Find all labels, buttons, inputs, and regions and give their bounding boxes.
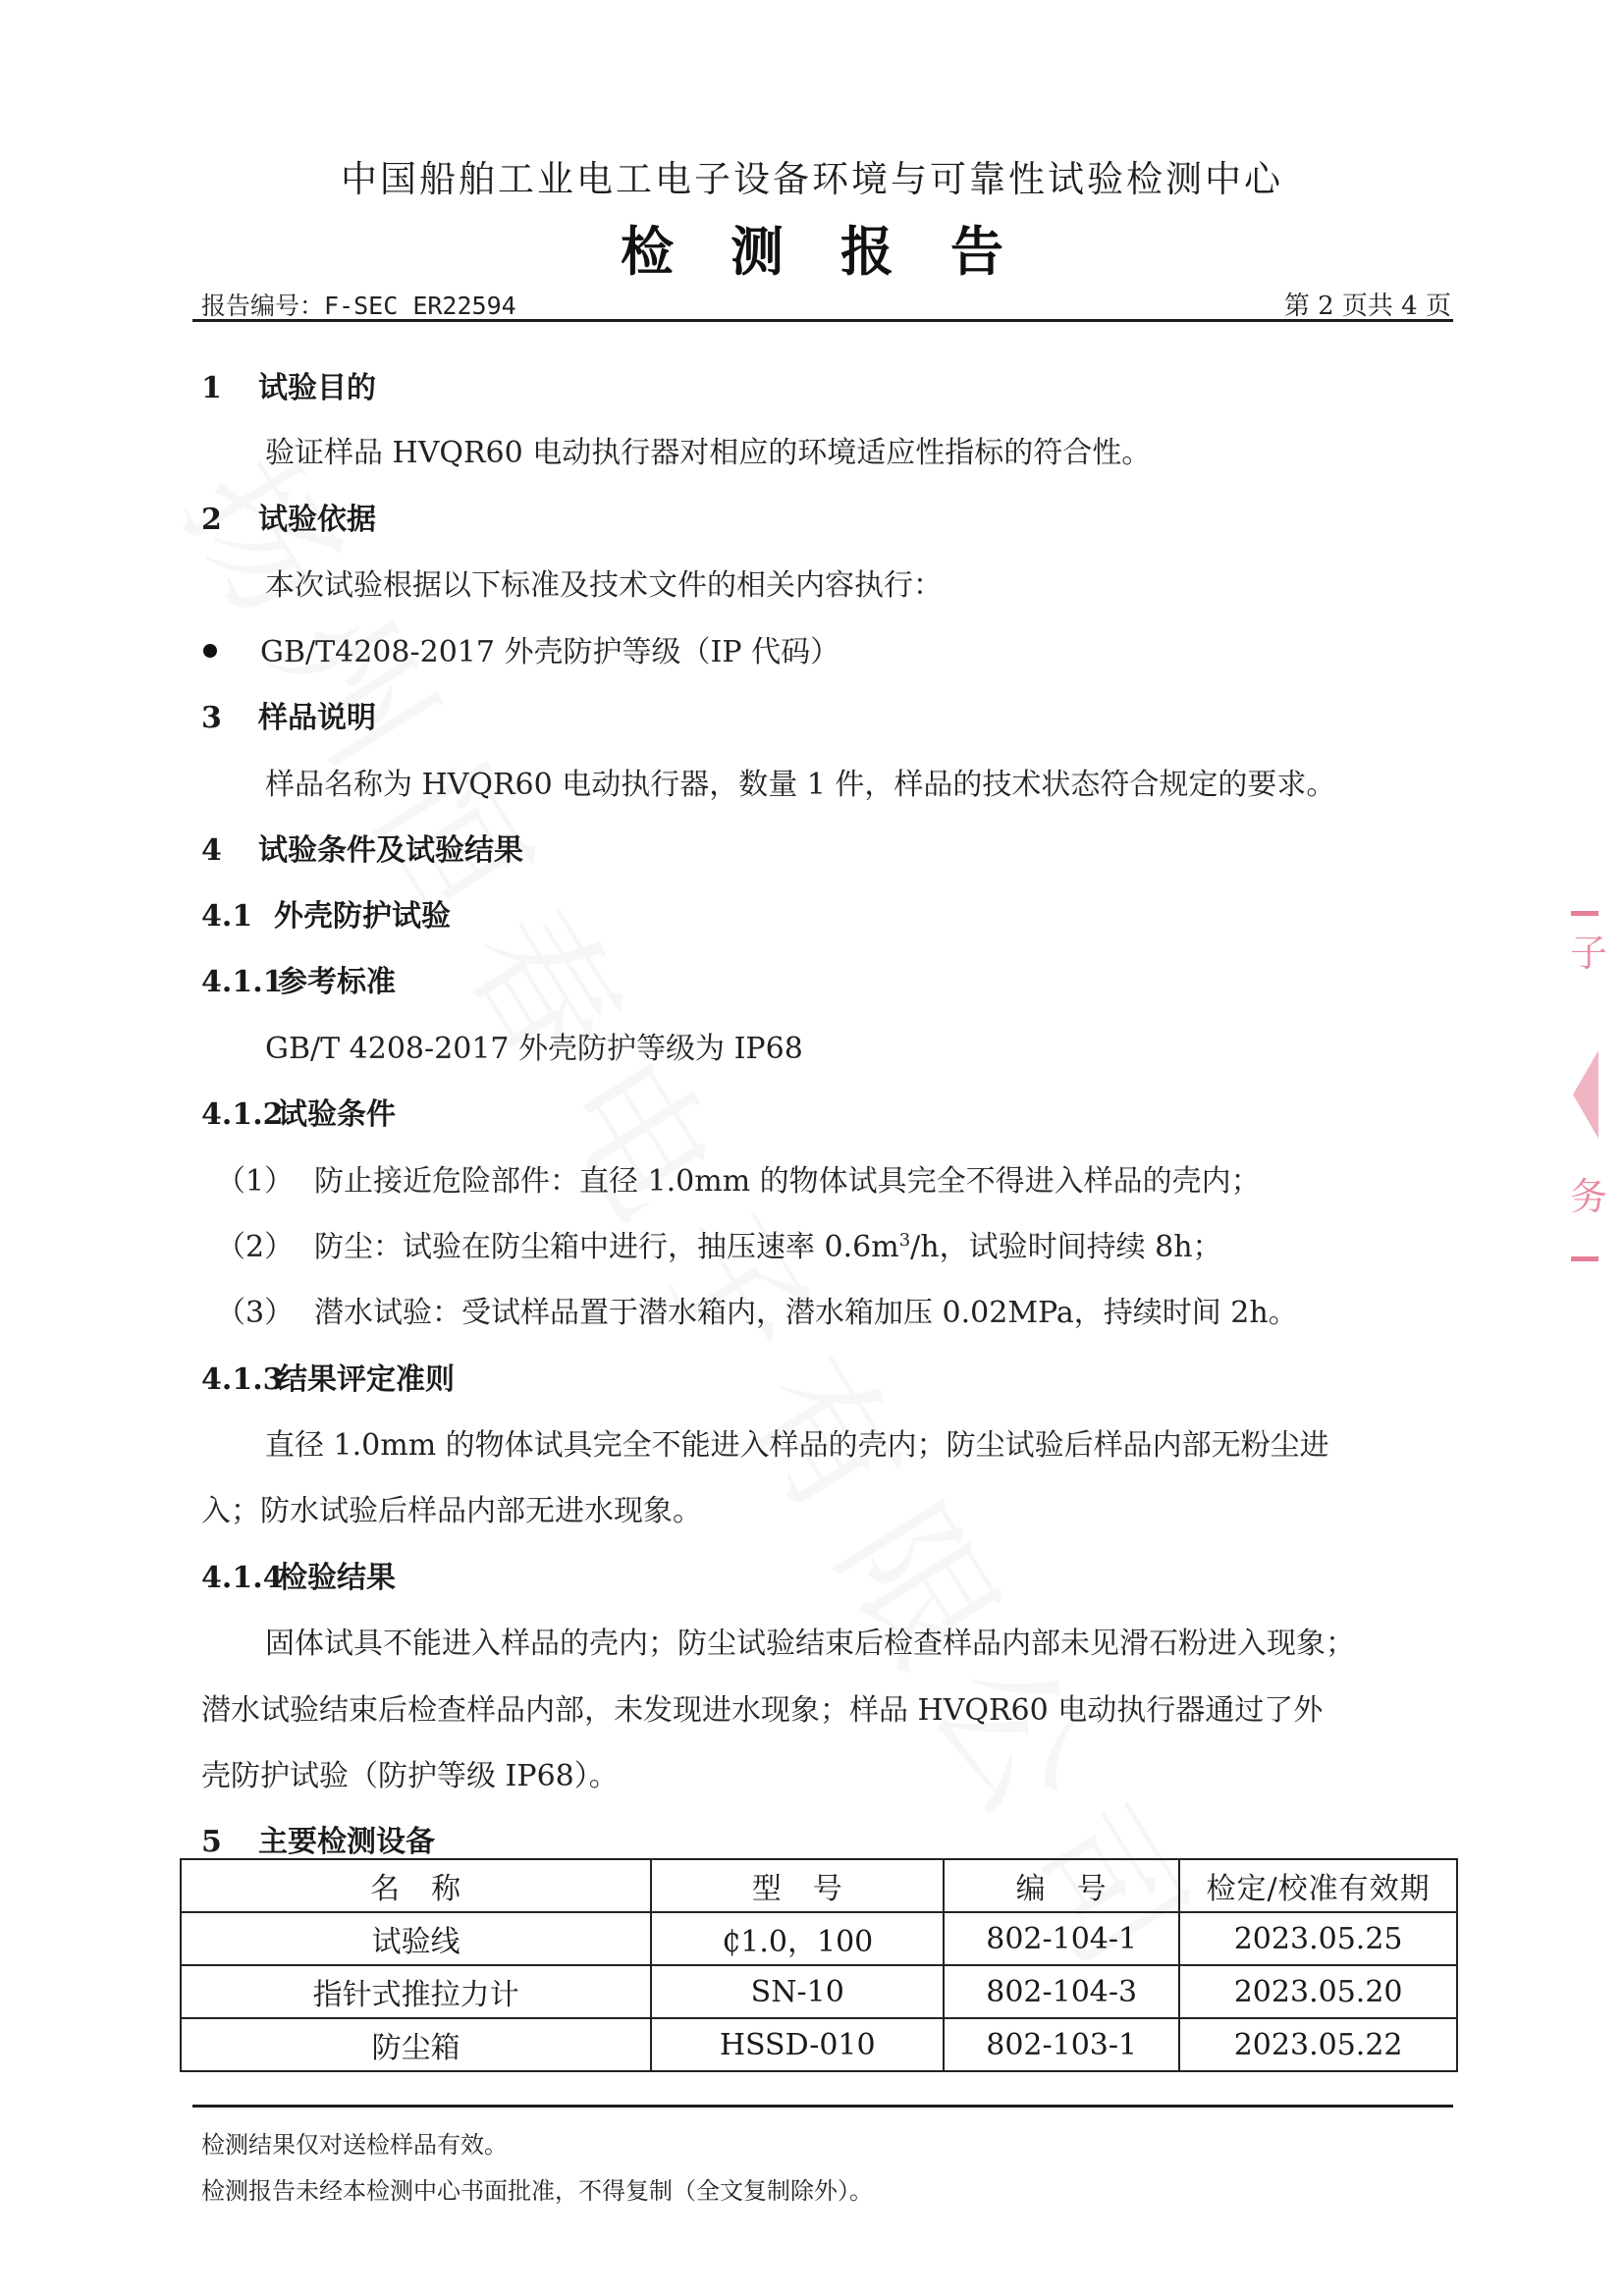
cell-name: 防尘箱	[181, 2018, 651, 2071]
standard-bullet-item: GB/T4208-2017 外壳防护等级（IP 代码）	[203, 627, 839, 670]
column-header-serial: 编 号	[944, 1859, 1179, 1912]
section-1-text: 验证样品 HVQR60 电动执行器对相应的环境适应性指标的符合性。	[265, 428, 1151, 471]
cell-name: 试验线	[181, 1912, 651, 1965]
section-2-text: 本次试验根据以下标准及技术文件的相关内容执行：	[265, 561, 943, 604]
cell-model: HSSD-010	[651, 2018, 944, 2071]
section-4-1-2-heading: 4.1.2试验条件	[201, 1090, 396, 1133]
column-header-calibration: 检定/校准有效期	[1179, 1859, 1457, 1912]
section-4-1-3-heading: 4.1.3结果评定准则	[201, 1355, 455, 1398]
section-5-heading: 5主要检测设备	[201, 1817, 435, 1860]
organization-title: 中国船舶工业电工电子设备环境与可靠性试验检测中心	[0, 149, 1624, 202]
test-condition-item: （2）防尘：试验在防尘箱中进行，抽压速率 0.6m3/h，试验时间持续 8h；	[216, 1222, 1222, 1265]
section-4-1-heading: 4.1外壳防护试验	[201, 891, 451, 934]
seal-fragment-bar	[1571, 1256, 1598, 1261]
column-header-name: 名 称	[181, 1859, 651, 1912]
bullet-icon	[203, 644, 217, 658]
cell-calibration: 2023.05.20	[1179, 1965, 1457, 2018]
cell-model: ₵1.0，100	[651, 1912, 944, 1965]
test-condition-item: （1）防止接近危险部件：直径 1.0mm 的物体试具完全不得进入样品的壳内；	[216, 1156, 1261, 1200]
section-4-1-1-heading: 4.1.1参考标准	[201, 957, 396, 1000]
table-row: 试验线 ₵1.0，100 802-104-1 2023.05.25	[181, 1912, 1457, 1965]
equipment-table: 名 称 型 号 编 号 检定/校准有效期 试验线 ₵1.0，100 802-10…	[180, 1858, 1458, 2072]
section-3-heading: 3样品说明	[201, 693, 376, 736]
section-1-heading: 1试验目的	[201, 363, 376, 406]
footer-note-2: 检测报告未经本检测中心书面批准，不得复制（全文复制除外）。	[201, 2171, 873, 2206]
cell-calibration: 2023.05.25	[1179, 1912, 1457, 1965]
section-4-heading: 4试验条件及试验结果	[201, 826, 523, 869]
cell-serial: 802-103-1	[944, 2018, 1179, 2071]
section-4-1-4-heading: 4.1.4检验结果	[201, 1553, 396, 1596]
report-number-value: F-SEC ER22594	[324, 292, 516, 320]
result-text-line: 固体试具不能进入样品的壳内；防尘试验结束后检查样品内部未见滑石粉进入现象；	[265, 1619, 1355, 1662]
result-text-line: 潜水试验结束后检查样品内部，未发现进水现象；样品 HVQR60 电动执行器通过了…	[201, 1685, 1323, 1729]
table-row: 防尘箱 HSSD-010 802-103-1 2023.05.22	[181, 2018, 1457, 2071]
section-3-text: 样品名称为 HVQR60 电动执行器，数量 1 件，样品的技术状态符合规定的要求…	[265, 760, 1335, 803]
seal-fragment-char: 子	[1569, 923, 1608, 977]
footer-note-1: 检测结果仅对送检样品有效。	[201, 2125, 508, 2160]
section-2-heading: 2试验依据	[201, 495, 376, 538]
report-number-label: 报告编号：	[201, 292, 324, 320]
result-text-line: 壳防护试验（防护等级 IP68）。	[201, 1751, 619, 1794]
cell-model: SN-10	[651, 1965, 944, 2018]
test-condition-item: （3）潜水试验：受试样品置于潜水箱内，潜水箱加压 0.02MPa，持续时间 2h…	[216, 1288, 1298, 1331]
seal-fragment-bar	[1571, 911, 1598, 916]
report-number: 报告编号：F-SEC ER22594	[201, 287, 516, 322]
cell-serial: 802-104-3	[944, 1965, 1179, 2018]
table-row: 指针式推拉力计 SN-10 802-104-3 2023.05.20	[181, 1965, 1457, 2018]
document-title: 检测报告	[0, 210, 1624, 286]
column-header-model: 型 号	[651, 1859, 944, 1912]
cell-calibration: 2023.05.22	[1179, 2018, 1457, 2071]
reference-standard-text: GB/T 4208-2017 外壳防护等级为 IP68	[265, 1024, 803, 1067]
criteria-text-line: 直径 1.0mm 的物体试具完全不能进入样品的壳内；防尘试验后样品内部无粉尘进	[265, 1420, 1329, 1464]
table-header-row: 名 称 型 号 编 号 检定/校准有效期	[181, 1859, 1457, 1912]
header-divider	[192, 319, 1453, 322]
page-indicator: 第 2 页共 4 页	[1284, 286, 1451, 322]
seal-fragment-char: 务	[1569, 1166, 1608, 1220]
cell-name: 指针式推拉力计	[181, 1965, 651, 2018]
cell-serial: 802-104-1	[944, 1912, 1179, 1965]
seal-fragment-star	[1573, 1050, 1598, 1139]
criteria-text-line: 入；防水试验后样品内部无进水现象。	[201, 1486, 702, 1529]
footer-divider	[192, 2105, 1453, 2108]
